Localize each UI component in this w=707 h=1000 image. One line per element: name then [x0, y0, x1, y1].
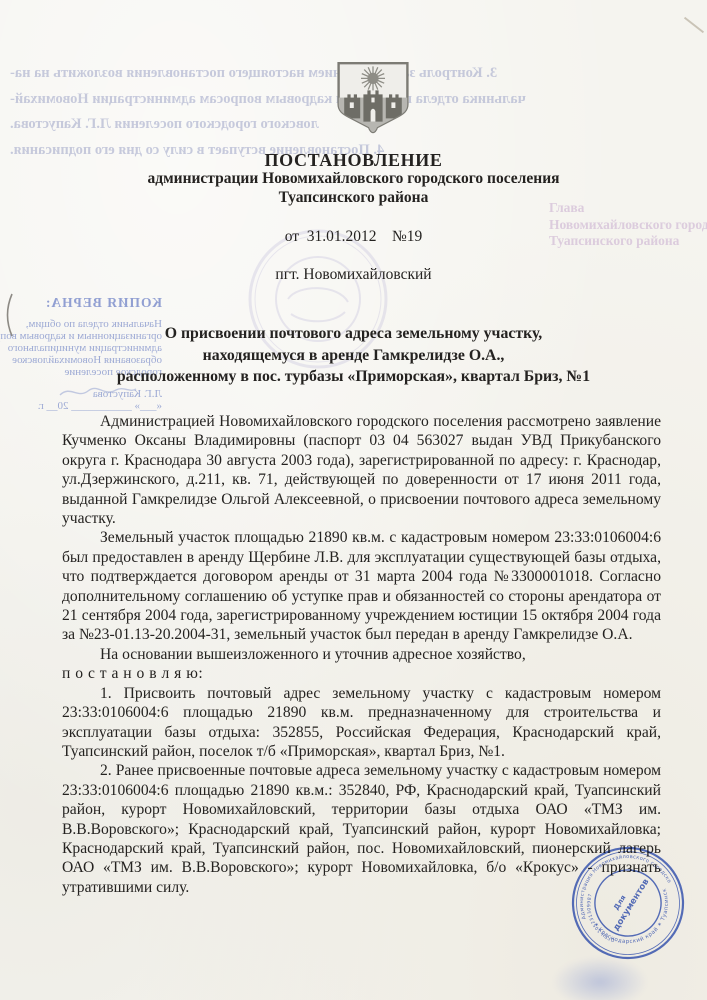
- bleedthrough-line: «___» ___________ 20__ г.: [0, 400, 162, 412]
- paragraph-land-plot: Земельный участок площадью 21890 кв.м. с…: [62, 528, 661, 644]
- certification-stamp: Администрация Новомихайловского городско…: [562, 845, 702, 967]
- paragraph-resolve: п о с т а н о в л я ю:: [62, 664, 661, 683]
- paragraph-basis: На основании вышеизложенного и уточнив а…: [62, 645, 661, 664]
- stamp-ghost-bottom: [552, 956, 648, 1000]
- title-line: О присвоении почтового адреса земельному…: [38, 323, 669, 345]
- place-name: пгт. Новомихайловский: [0, 266, 707, 284]
- tower-icon: [344, 94, 360, 118]
- document-body: Администрацией Новомихайловского городск…: [62, 412, 661, 897]
- issuing-org-line1: администрации Новомихайловского городско…: [0, 170, 707, 188]
- bleedthrough-line: 3. Контроль за выполнением настоящего по…: [10, 61, 640, 87]
- document-title: О присвоении почтового адреса земельному…: [38, 323, 669, 388]
- paragraph-item-1: 1. Присвоить почтовый адрес земельному у…: [62, 684, 661, 762]
- bleedthrough-line: КОПИЯ ВЕРНА:: [0, 297, 162, 309]
- scanned-document-page: 3. Контроль за выполнением настоящего по…: [0, 0, 707, 1000]
- bleedthrough-line: ловского городского поселения Л.Г. Капус…: [10, 112, 640, 138]
- date-and-number: от 31.01.2012 №19: [0, 228, 707, 246]
- tower-icon: [363, 90, 382, 121]
- bleedthrough-line: чальника отдела по общим и кадровым вопр…: [10, 87, 640, 113]
- coat-of-arms-icon: [333, 59, 413, 137]
- issuing-org-line2: Туапсинского района: [0, 189, 707, 207]
- scan-artifact-top-right: [684, 17, 704, 33]
- tower-icon: [386, 94, 402, 118]
- paragraph-preamble: Администрацией Новомихайловского городск…: [62, 412, 661, 528]
- pen-mark-left-edge: [1, 292, 17, 338]
- sun-icon: [361, 66, 385, 90]
- bleedthrough-text-top: 3. Контроль за выполнением настоящего по…: [10, 61, 640, 163]
- document-type: ПОСТАНОВЛЕНИЕ: [0, 150, 707, 171]
- title-line: находящемуся в аренде Гамкрелидзе О.А.,: [38, 345, 669, 367]
- title-line: расположенному в пос. турбазы «Приморска…: [38, 366, 669, 388]
